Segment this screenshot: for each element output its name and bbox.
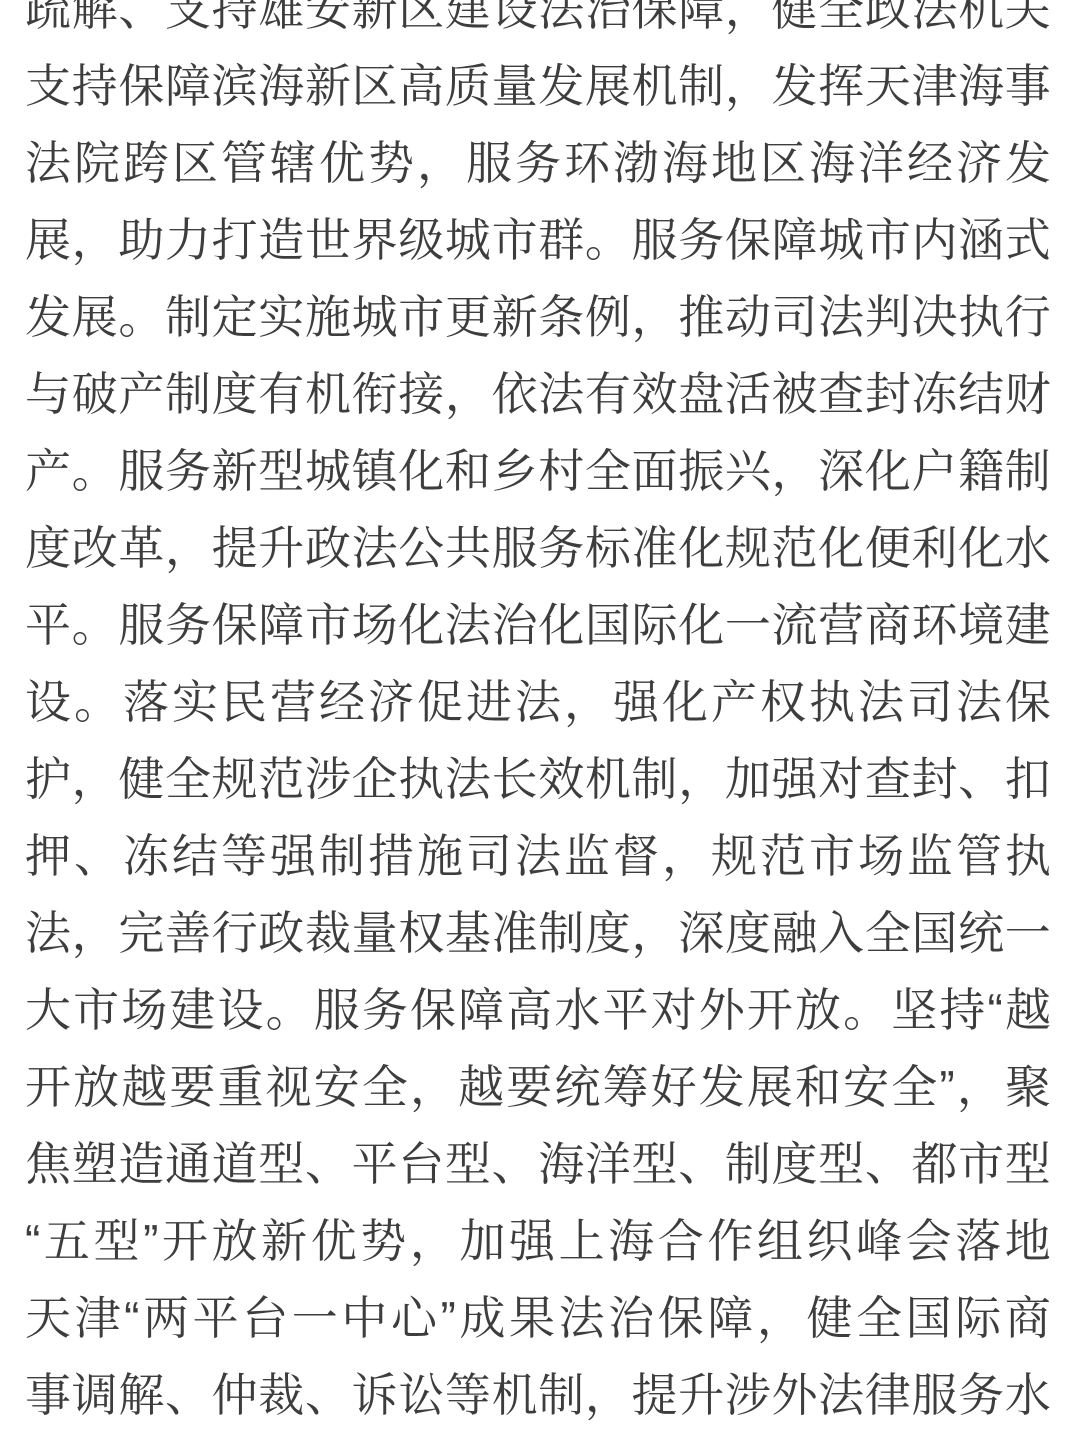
text-line: 设。落实民营经济促进法，强化产权执法司法保 [25,663,1051,740]
text-line: 产。服务新型城镇化和乡村全面振兴，深化户籍制 [25,432,1051,509]
text-line: 发展。制定实施城市更新条例，推动司法判决执行 [25,278,1051,355]
article-page: 疏解、支持雄安新区建设法治保障，健全政法机关 支持保障滨海新区高质量发展机制，发… [0,0,1080,1439]
article-text-block: 疏解、支持雄安新区建设法治保障，健全政法机关 支持保障滨海新区高质量发展机制，发… [25,0,1051,1433]
text-line: “五型”开放新优势，加强上海合作组织峰会落地 [25,1202,1051,1279]
text-line: 与破产制度有机衔接，依法有效盘活被查封冻结财 [25,355,1051,432]
text-line: 焦塑造通道型、平台型、海洋型、制度型、都市型 [25,1125,1051,1202]
document-page-body: { "page": { "background_color": "#ffffff… [0,0,1080,1439]
text-line: 大市场建设。服务保障高水平对外开放。坚持“越 [25,971,1051,1048]
text-line: 开放越要重视安全，越要统筹好发展和安全”，聚 [25,1048,1051,1125]
text-line: 押、冻结等强制措施司法监督，规范市场监管执 [25,817,1051,894]
text-line: 法院跨区管辖优势，服务环渤海地区海洋经济发 [25,124,1051,201]
text-line: 支持保障滨海新区高质量发展机制，发挥天津海事 [25,47,1051,124]
text-line: 事调解、仲裁、诉讼等机制，提升涉外法律服务水 [25,1356,1051,1433]
text-line: 疏解、支持雄安新区建设法治保障，健全政法机关 [25,0,1051,47]
text-line: 度改革，提升政法公共服务标准化规范化便利化水 [25,509,1051,586]
text-line: 法，完善行政裁量权基准制度，深度融入全国统一 [25,894,1051,971]
text-line: 平。服务保障市场化法治化国际化一流营商环境建 [25,586,1051,663]
text-line: 护，健全规范涉企执法长效机制，加强对查封、扣 [25,740,1051,817]
text-line: 展，助力打造世界级城市群。服务保障城市内涵式 [25,201,1051,278]
text-line: 天津“两平台一中心”成果法治保障，健全国际商 [25,1279,1051,1356]
